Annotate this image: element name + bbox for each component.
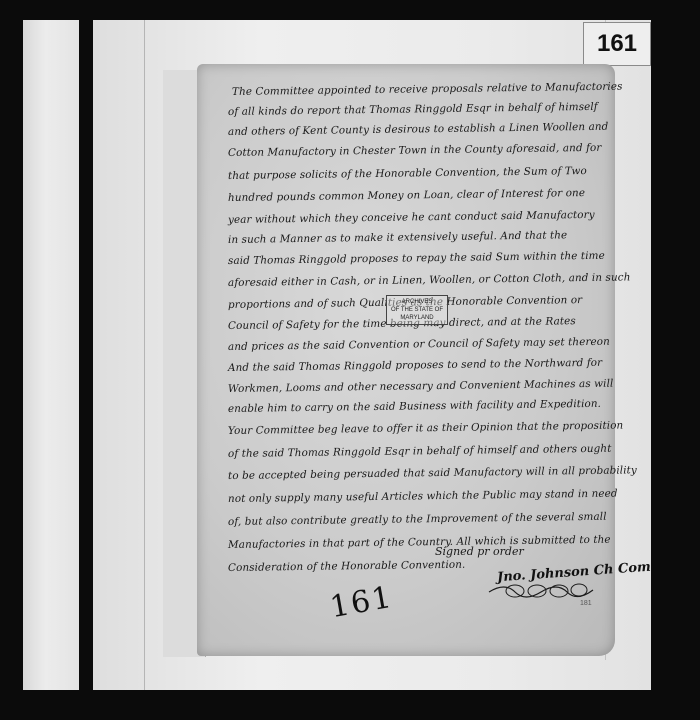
text-line: Workmen, Looms and other necessary and C… <box>228 384 613 389</box>
text-line: Cotton Manufactory in Chester Town in th… <box>228 148 601 153</box>
text-line: of, but also contribute greatly to the I… <box>228 517 607 522</box>
frame-number-label: 161 <box>583 22 651 66</box>
text-line: said Thomas Ringgold proposes to repay t… <box>228 256 605 261</box>
text-line: in such a Manner as to make it extensive… <box>228 235 567 240</box>
signature-flourish-icon <box>485 578 605 602</box>
text-line: Consideration of the Honorable Conventio… <box>228 565 465 568</box>
text-line: of all kinds do report that Thomas Ringg… <box>228 107 598 112</box>
corner-mark: 181 <box>580 600 592 607</box>
text-line: Your Committee beg leave to offer it as … <box>228 425 623 431</box>
text-line: and others of Kent County is desirous to… <box>228 127 608 132</box>
text-line: and prices as the said Convention or Cou… <box>228 342 610 347</box>
adjacent-page-strip <box>23 20 79 690</box>
text-line: year without which they conceive he cant… <box>228 215 595 220</box>
stamp-line: OF THE STATE OF <box>387 306 447 314</box>
archives-stamp: ARCHIVES OF THE STATE OF MARYLAND <box>386 295 448 325</box>
text-line: And the said Thomas Ringgold proposes to… <box>228 363 602 368</box>
text-line: Manufactories in that part of the Countr… <box>228 540 611 545</box>
text-line: aforesaid either in Cash, or in Linen, W… <box>228 277 630 283</box>
text-line: to be accepted being persuaded that said… <box>228 470 637 476</box>
text-line: hundred pounds common Money on Loan, cle… <box>228 193 585 198</box>
stamp-line: ARCHIVES <box>387 298 447 306</box>
text-line: of the said Thomas Ringgold Esqr in beha… <box>228 449 611 454</box>
signed-label: Signed pr order <box>435 545 524 558</box>
mount-crease <box>144 20 145 690</box>
text-line: that purpose solicits of the Honorable C… <box>228 171 587 176</box>
stamp-line: MARYLAND <box>387 314 447 322</box>
text-line: The Committee appointed to receive propo… <box>232 87 622 92</box>
text-line: not only supply many useful Articles whi… <box>228 494 618 499</box>
text-line: enable him to carry on the said Business… <box>228 404 601 409</box>
